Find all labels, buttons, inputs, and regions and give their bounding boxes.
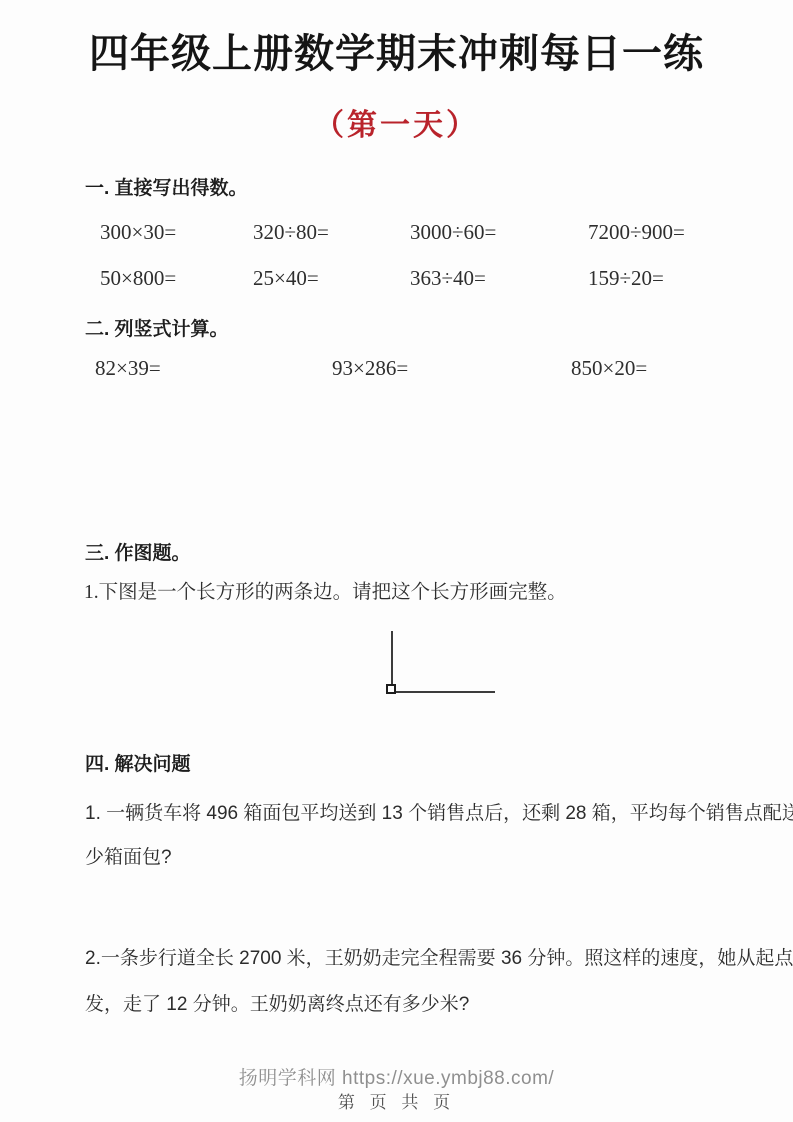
word-problem-1-line-2: 少箱面包?: [85, 836, 723, 880]
column-calc-row: 82×39= 93×286= 850×20=: [95, 356, 708, 381]
equation: 82×39=: [95, 356, 332, 381]
page-indicator: 第 页 共 页: [0, 1088, 793, 1113]
worksheet-page: 四年级上册数学期末冲刺每日一练 （第一天） 一. 直接写出得数。 300×30=…: [0, 0, 793, 1122]
word-problem-2-line-2: 发，走了 12 分钟。王奶奶离终点还有多少米?: [85, 982, 723, 1028]
equation: 50×800=: [100, 266, 253, 291]
section-1-heading: 一. 直接写出得数。: [85, 173, 248, 200]
equation: 363÷40=: [410, 266, 588, 291]
oral-calc-row-2: 50×800= 25×40= 363÷40= 159÷20=: [100, 266, 708, 291]
worksheet-subtitle: （第一天）: [0, 100, 793, 144]
word-problem-2: 2.一条步行道全长 2700 米，王奶奶走完全程需要 36 分钟。照这样的速度，…: [85, 936, 723, 1028]
equation: 300×30=: [100, 220, 253, 245]
worksheet-title: 四年级上册数学期末冲刺每日一练: [0, 22, 793, 79]
equation: 159÷20=: [588, 266, 708, 291]
site-watermark: 扬明学科网 https://xue.ymbj88.com/: [0, 1063, 793, 1090]
section-3-heading: 三. 作图题。: [85, 538, 191, 565]
equation: 7200÷900=: [588, 220, 708, 245]
horizontal-side-line: [392, 691, 495, 693]
equation: 3000÷60=: [410, 220, 588, 245]
word-problem-1-line-1: 1. 一辆货车将 496 箱面包平均送到 13 个销售点后，还剩 28 箱，平均…: [85, 792, 723, 836]
section-2-heading: 二. 列竖式计算。: [85, 314, 229, 341]
equation: 850×20=: [571, 356, 708, 381]
equation: 25×40=: [253, 266, 410, 291]
word-problem-1: 1. 一辆货车将 496 箱面包平均送到 13 个销售点后，还剩 28 箱，平均…: [85, 792, 723, 880]
oral-calc-row-1: 300×30= 320÷80= 3000÷60= 7200÷900=: [100, 220, 708, 245]
right-angle-marker: [386, 684, 396, 694]
equation: 320÷80=: [253, 220, 410, 245]
section-4-heading: 四. 解决问题: [85, 749, 191, 776]
word-problem-2-line-1: 2.一条步行道全长 2700 米，王奶奶走完全程需要 36 分钟。照这样的速度，…: [85, 936, 723, 982]
vertical-side-line: [391, 631, 393, 692]
equation: 93×286=: [332, 356, 571, 381]
drawing-problem-text: 1.下图是一个长方形的两条边。请把这个长方形画完整。: [84, 576, 723, 604]
